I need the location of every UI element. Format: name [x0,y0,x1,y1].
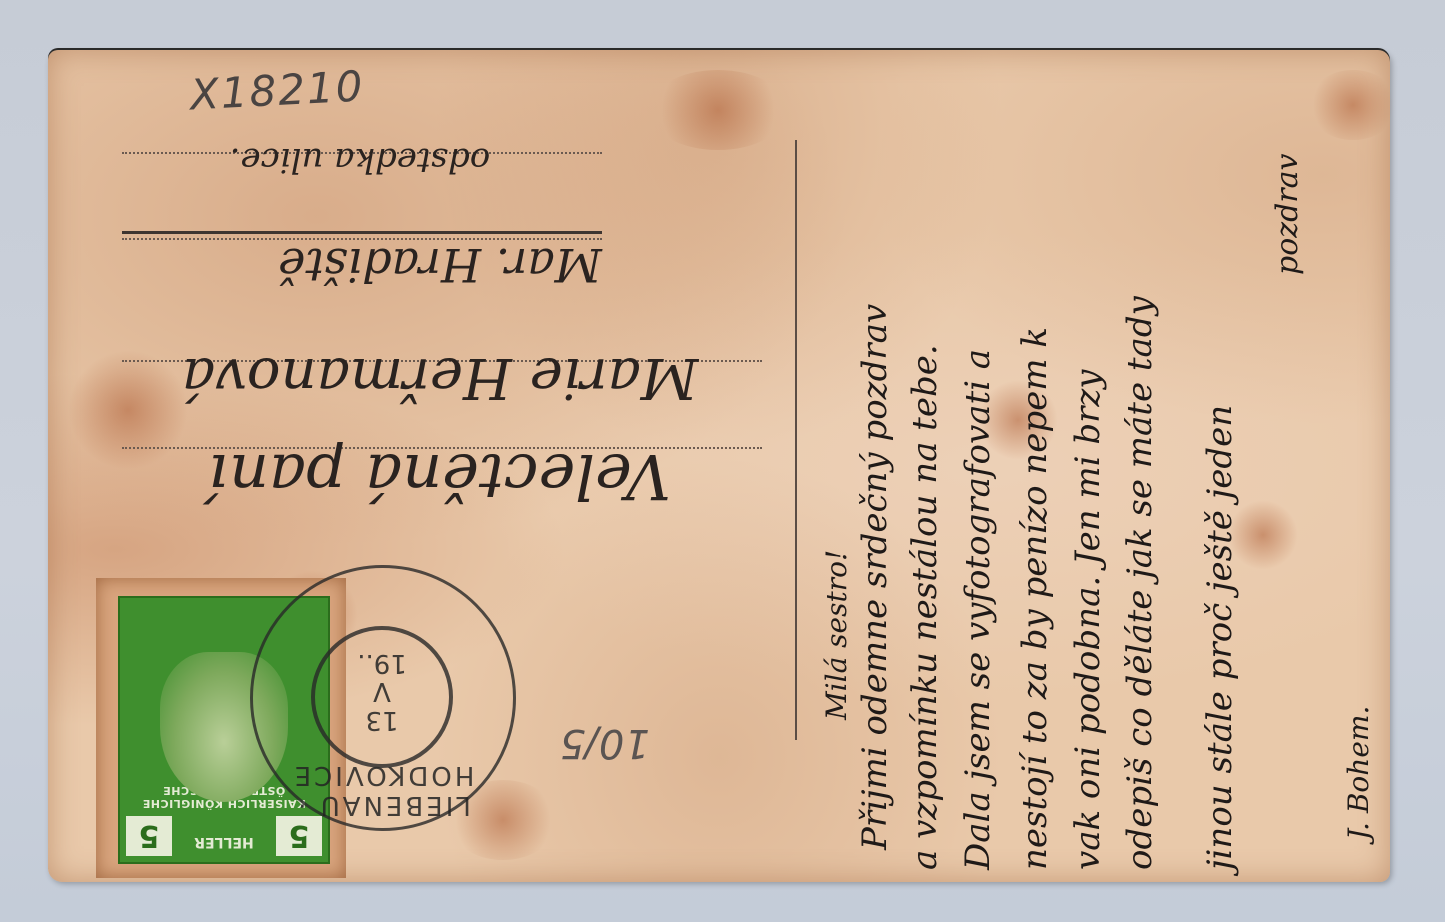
inventory-code: X18210 [189,61,366,119]
stamp-value: 5 [276,816,322,856]
stamp-value: 5 [126,816,172,856]
signature: J. Bohem. [1342,706,1375,840]
message-line: a vzpomínku nestálou na tebe. [905,344,945,870]
card-divider-line [795,140,797,740]
postmark-date: 13 V 19.. [315,648,449,734]
postmark-inner-ring: 13 V 19.. [311,626,453,768]
message-line: pozdrav [1270,154,1305,275]
message-line: Přijmi odemne srdečný pozdrav [855,304,895,850]
address-street: odstedka ulice. [120,140,600,180]
message-line: nestojí to za by penízo nepem k [1015,327,1055,870]
address-recipient: Marie Heřmanová [120,345,760,410]
message-line: Milá sestro! [820,550,853,720]
message-line: odepiš co děláte jak se máte tady [1120,296,1160,870]
postmark-year: 19.. [357,648,407,678]
stamp-currency: HELLER [180,834,268,850]
postmark: LIEBENAU · HODKOVICE 13 V 19.. [250,565,516,831]
message-line: vak oni podobna. Jen mi brzy [1068,370,1108,870]
postmark-day: 13 [365,705,398,735]
foxing-stain [1308,70,1398,140]
postmark-month: V [373,676,391,706]
price-note: 10/5 [560,720,650,766]
address-line [122,231,602,234]
postmark-town: LIEBENAU · HODKOVICE [253,760,513,820]
message-line: Dala jsem se vyfotografovati a [958,349,998,870]
address-salutation: Velectěná paní [120,440,760,513]
message-line: jinou stále proč ještě jeden [1200,405,1240,870]
foxing-stain [648,70,788,150]
address-town: Mar. Hradiště [120,238,760,292]
